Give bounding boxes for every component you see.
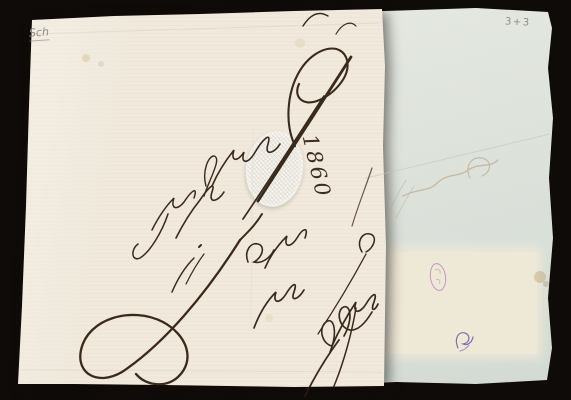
pencil-note-sch: Sch xyxy=(29,25,50,41)
pencil-note-3-3: 3+3 xyxy=(505,16,531,28)
scan-frame: Sch 3+3 1860 xyxy=(0,0,571,400)
backing-sheet xyxy=(356,8,556,386)
faded-patch xyxy=(390,252,537,354)
letter-sheet xyxy=(14,6,388,390)
